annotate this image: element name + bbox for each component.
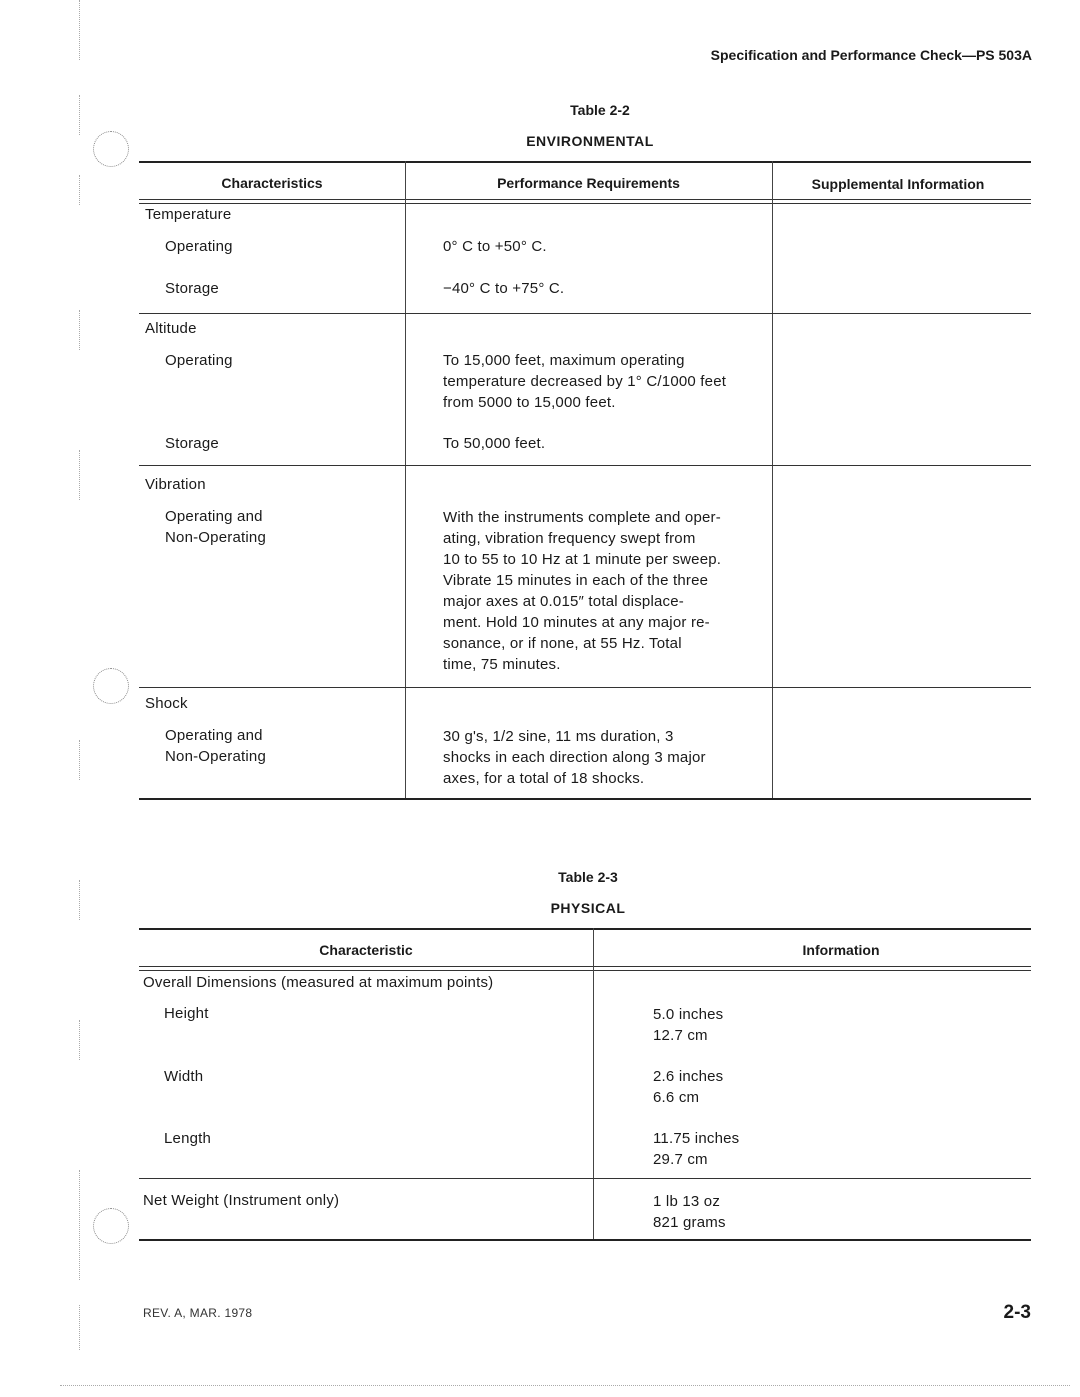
row-info: 1 lb 13 oz 821 grams [653, 1191, 726, 1233]
margin-mark [79, 95, 80, 135]
group-label: Altitude [145, 318, 197, 339]
group-label: Shock [145, 693, 188, 714]
margin-mark [79, 880, 80, 920]
row-label: Operating [165, 350, 233, 371]
margin-mark [79, 1020, 80, 1060]
row-label: Operating [165, 236, 233, 257]
row-requirement: To 50,000 feet. [443, 433, 545, 454]
row-label: Operating and Non-Operating [165, 725, 266, 767]
revision-note: REV. A, MAR. 1978 [143, 1306, 252, 1320]
table-title: PHYSICAL [508, 900, 668, 916]
row-requirement: 30 g's, 1/2 sine, 11 ms duration, 3 shoc… [443, 726, 706, 789]
table-number: Table 2-3 [528, 869, 648, 885]
table-title: ENVIRONMENTAL [490, 133, 690, 149]
column-header: Characteristics [139, 175, 405, 191]
group-label: Net Weight (Instrument only) [143, 1190, 339, 1211]
table-number: Table 2-2 [540, 102, 660, 118]
row-info: 5.0 inches 12.7 cm [653, 1004, 723, 1046]
page-number: 2-3 [1004, 1302, 1031, 1324]
column-header: Performance Requirements [405, 175, 772, 191]
margin-mark [79, 1170, 80, 1280]
binder-hole [93, 1208, 129, 1244]
binder-hole [93, 131, 129, 167]
row-info: 2.6 inches 6.6 cm [653, 1066, 723, 1108]
margin-mark [79, 310, 80, 350]
row-requirement: −40° C to +75° C. [443, 278, 564, 299]
column-header: Characteristic [139, 942, 593, 958]
row-label: Height [164, 1003, 209, 1024]
row-label: Length [164, 1128, 211, 1149]
running-header: Specification and Performance Check—PS 5… [711, 47, 1032, 63]
column-header: Information [593, 942, 1080, 958]
row-info: 11.75 inches 29.7 cm [653, 1128, 739, 1170]
binder-hole [93, 668, 129, 704]
margin-mark [79, 175, 80, 205]
margin-mark [79, 740, 80, 780]
margin-mark [79, 0, 80, 60]
page-edge [60, 1385, 1070, 1386]
row-requirement: 0° C to +50° C. [443, 236, 547, 257]
row-label: Width [164, 1066, 203, 1087]
group-label: Overall Dimensions (measured at maximum … [143, 972, 493, 993]
row-label: Storage [165, 278, 219, 299]
row-label: Storage [165, 433, 219, 454]
group-label: Vibration [145, 474, 206, 495]
row-requirement: To 15,000 feet, maximum operating temper… [443, 350, 726, 413]
column-header: Supplemental Information [772, 176, 1024, 192]
margin-mark [79, 450, 80, 500]
group-label: Temperature [145, 204, 231, 225]
margin-mark [79, 1305, 80, 1350]
row-requirement: With the instruments complete and oper- … [443, 507, 721, 675]
row-label: Operating and Non-Operating [165, 506, 266, 548]
